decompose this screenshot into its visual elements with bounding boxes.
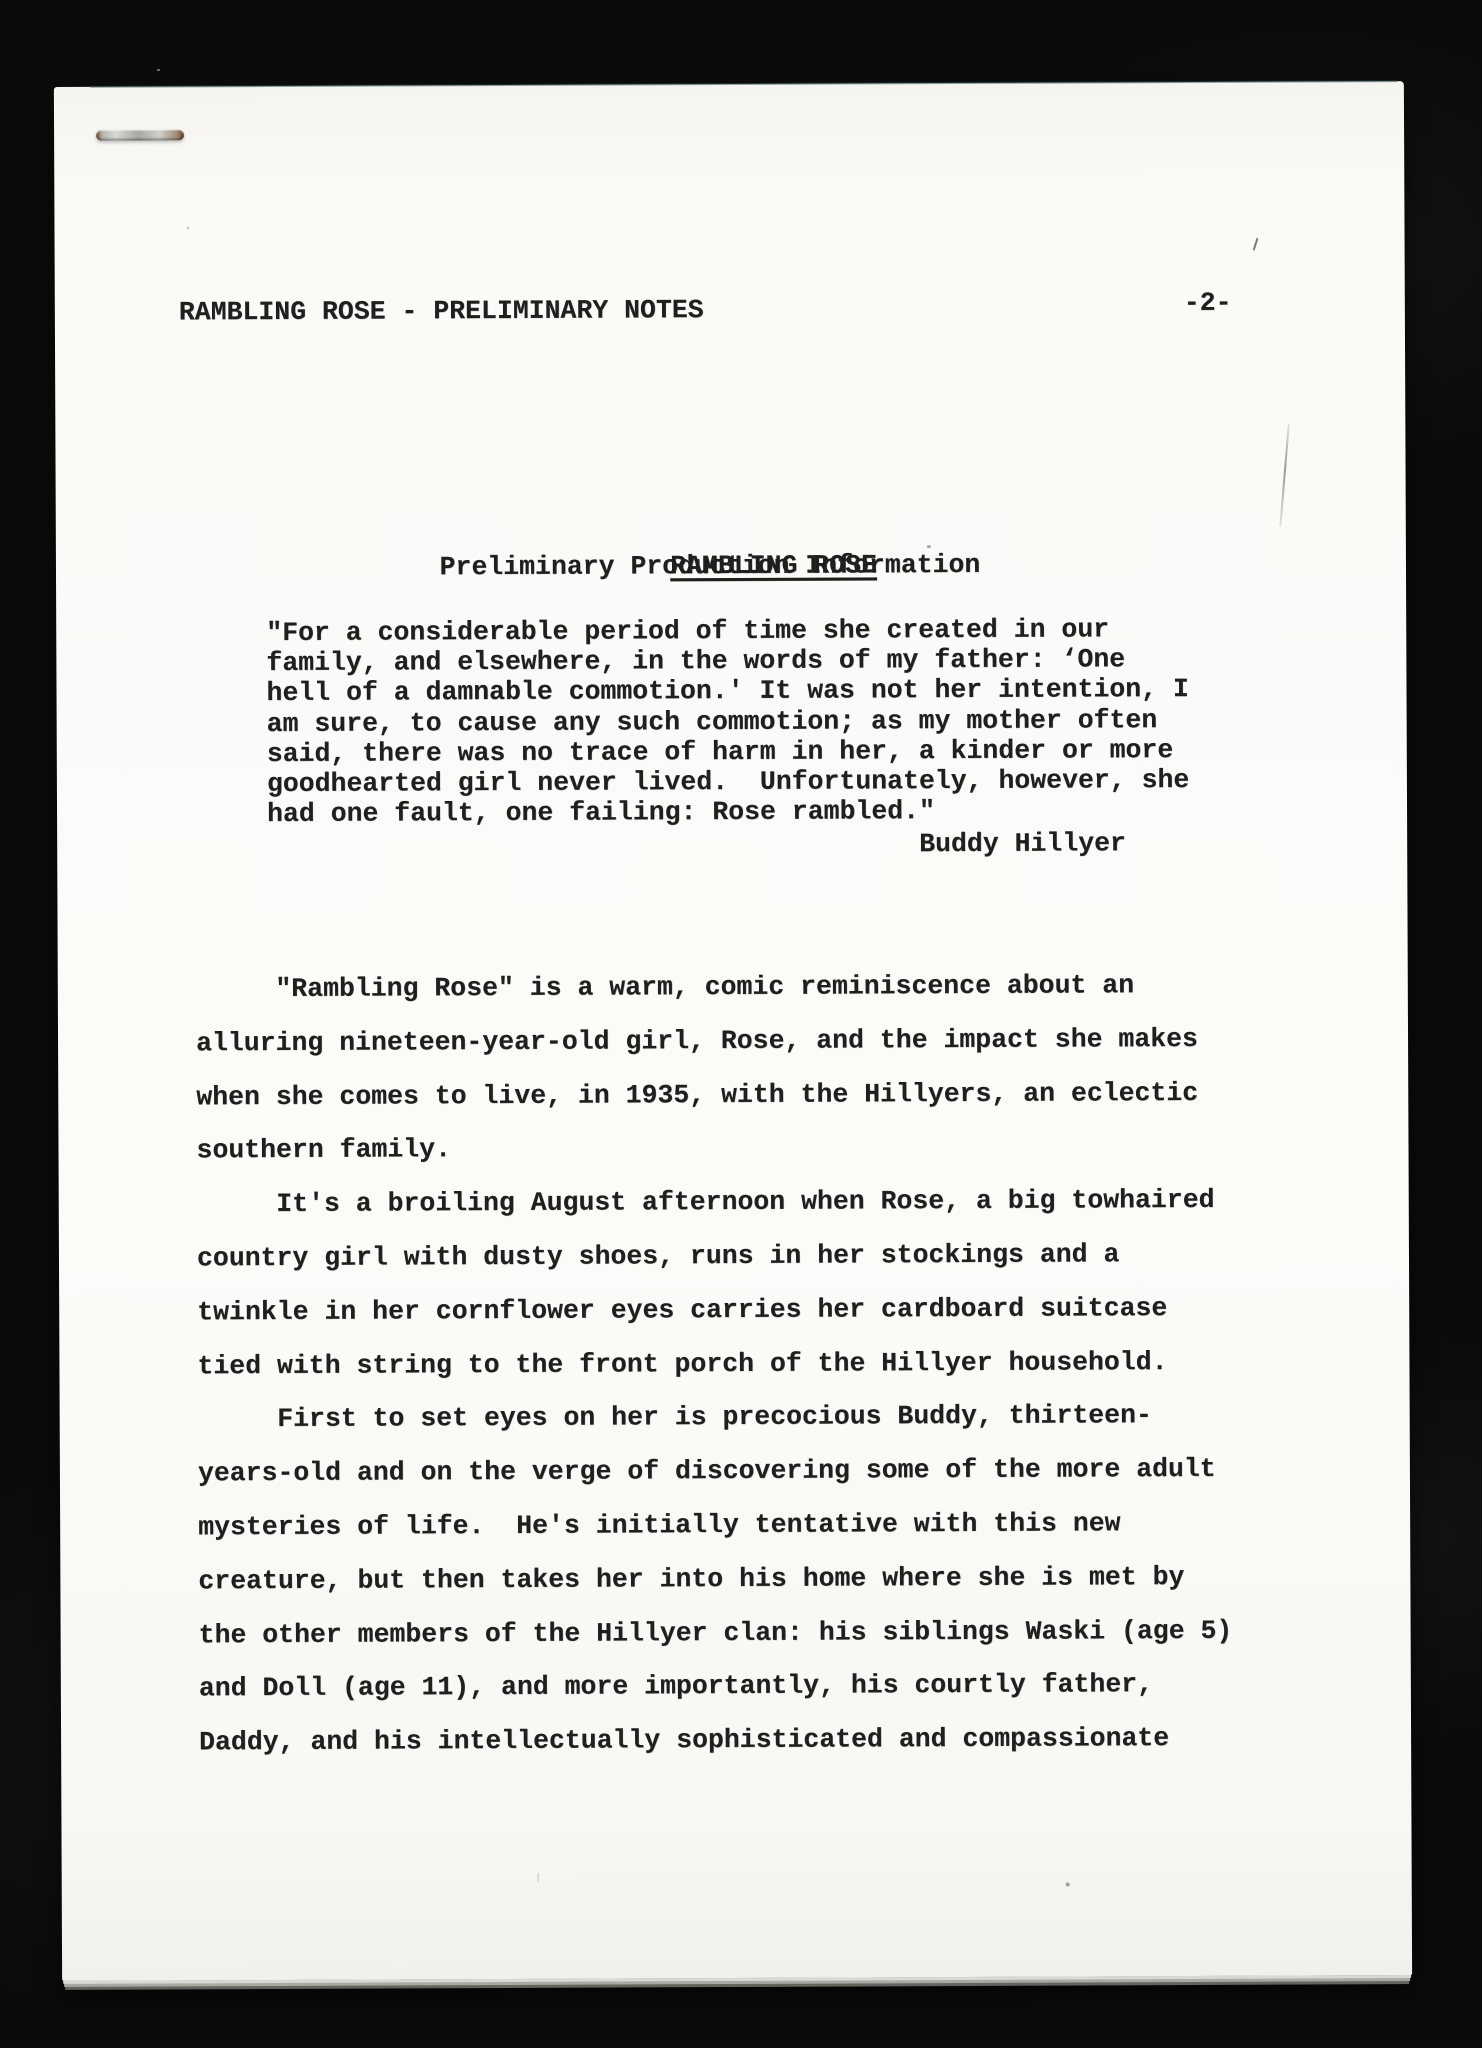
pen-tick-mark — [1253, 238, 1259, 251]
quote-attribution: Buddy Hillyer — [919, 828, 1126, 859]
title-block: RAMBLING ROSE Preliminary Production Inf… — [56, 509, 1364, 587]
running-header-title: RAMBLING ROSE - PRELIMINARY NOTES — [179, 295, 704, 327]
document-subtitle: Preliminary Production Information — [56, 545, 1364, 587]
paper-speck — [186, 226, 189, 229]
paper-speck — [927, 545, 931, 548]
page-number: -2- — [1184, 288, 1232, 318]
document-page: RAMBLING ROSE - PRELIMINARY NOTES -2- RA… — [54, 81, 1412, 1981]
paper-speck — [1066, 1883, 1070, 1887]
synopsis-body: "Rambling Rose" is a warm, comic reminis… — [196, 959, 1233, 1770]
staple-mark — [96, 129, 184, 140]
scanned-document-photo: RAMBLING ROSE - PRELIMINARY NOTES -2- RA… — [0, 0, 1482, 2048]
dust-speck — [157, 69, 160, 71]
paper-speck — [538, 1873, 539, 1882]
opening-quote: "For a considerable period of time she c… — [266, 614, 1189, 829]
